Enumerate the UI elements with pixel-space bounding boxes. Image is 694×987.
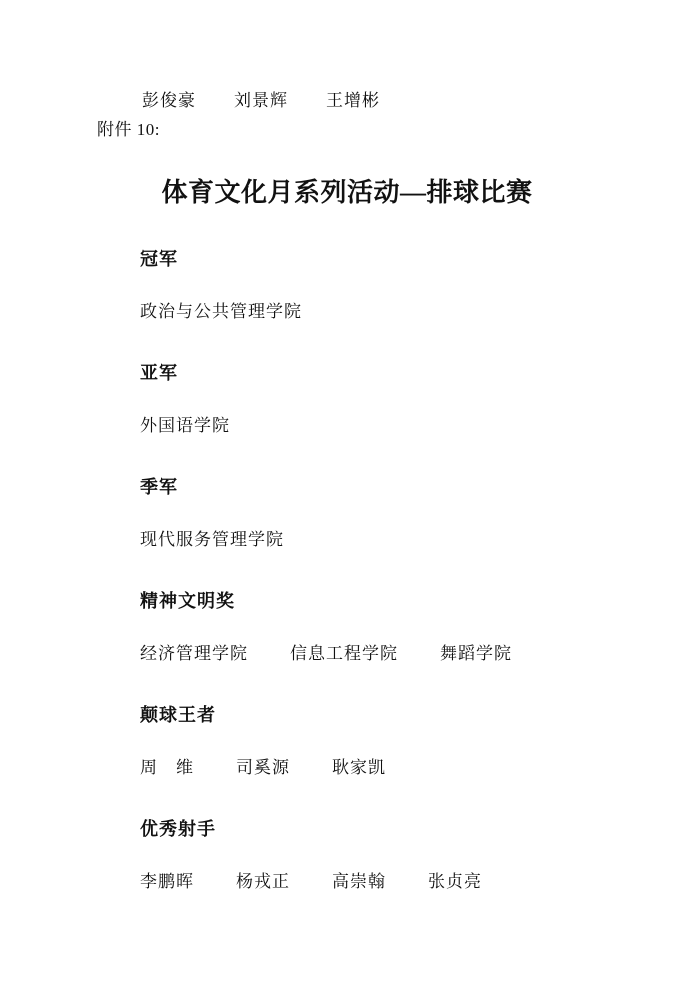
section-recipients: 周 维 司奚源 耿家凯 <box>140 758 694 778</box>
section-heading: 冠军 <box>140 249 694 270</box>
award-recipient: 周 维 <box>140 758 194 778</box>
signatory-name: 刘景辉 <box>234 91 288 111</box>
award-recipient: 杨戎正 <box>236 872 290 892</box>
award-recipient: 张贞亮 <box>428 872 482 892</box>
document-page: 彭俊豪 刘景辉 王增彬 附件 10: 体育文化月系列活动—排球比赛 冠军 政治与… <box>0 0 694 987</box>
section-heading: 季军 <box>140 477 694 498</box>
section-recipients: 李鹏晖 杨戎正 高崇翰 张贞亮 <box>140 872 694 892</box>
award-recipient: 信息工程学院 <box>290 644 398 664</box>
award-recipient: 耿家凯 <box>332 758 386 778</box>
attachment-label: 附件 10: <box>97 120 694 140</box>
section-spiritual-civilization-award: 精神文明奖 经济管理学院 信息工程学院 舞蹈学院 <box>140 591 694 664</box>
document-title: 体育文化月系列活动—排球比赛 <box>0 178 694 208</box>
award-recipient: 现代服务管理学院 <box>140 530 284 550</box>
award-recipient: 经济管理学院 <box>140 644 248 664</box>
signatory-name: 彭俊豪 <box>142 91 196 111</box>
section-recipients: 政治与公共管理学院 <box>140 302 694 322</box>
section-recipients: 外国语学院 <box>140 416 694 436</box>
award-recipient: 舞蹈学院 <box>440 644 512 664</box>
section-champion: 冠军 政治与公共管理学院 <box>140 249 694 322</box>
section-heading: 精神文明奖 <box>140 591 694 612</box>
section-runner-up: 亚军 外国语学院 <box>140 363 694 436</box>
award-recipient: 李鹏晖 <box>140 872 194 892</box>
award-recipient: 政治与公共管理学院 <box>140 302 302 322</box>
award-recipient: 高崇翰 <box>332 872 386 892</box>
section-recipients: 经济管理学院 信息工程学院 舞蹈学院 <box>140 644 694 664</box>
section-third-place: 季军 现代服务管理学院 <box>140 477 694 550</box>
section-juggling-king: 颠球王者 周 维 司奚源 耿家凯 <box>140 705 694 778</box>
award-sections: 冠军 政治与公共管理学院 亚军 外国语学院 季军 现代服务管理学院 精神文明奖 … <box>140 249 694 892</box>
award-recipient: 司奚源 <box>236 758 290 778</box>
section-heading: 颠球王者 <box>140 705 694 726</box>
award-recipient: 外国语学院 <box>140 416 230 436</box>
signatory-name: 王增彬 <box>326 91 380 111</box>
signatory-names-row: 彭俊豪 刘景辉 王增彬 <box>142 0 694 111</box>
section-top-scorer: 优秀射手 李鹏晖 杨戎正 高崇翰 张贞亮 <box>140 819 694 892</box>
section-heading: 亚军 <box>140 363 694 384</box>
section-heading: 优秀射手 <box>140 819 694 840</box>
section-recipients: 现代服务管理学院 <box>140 530 694 550</box>
